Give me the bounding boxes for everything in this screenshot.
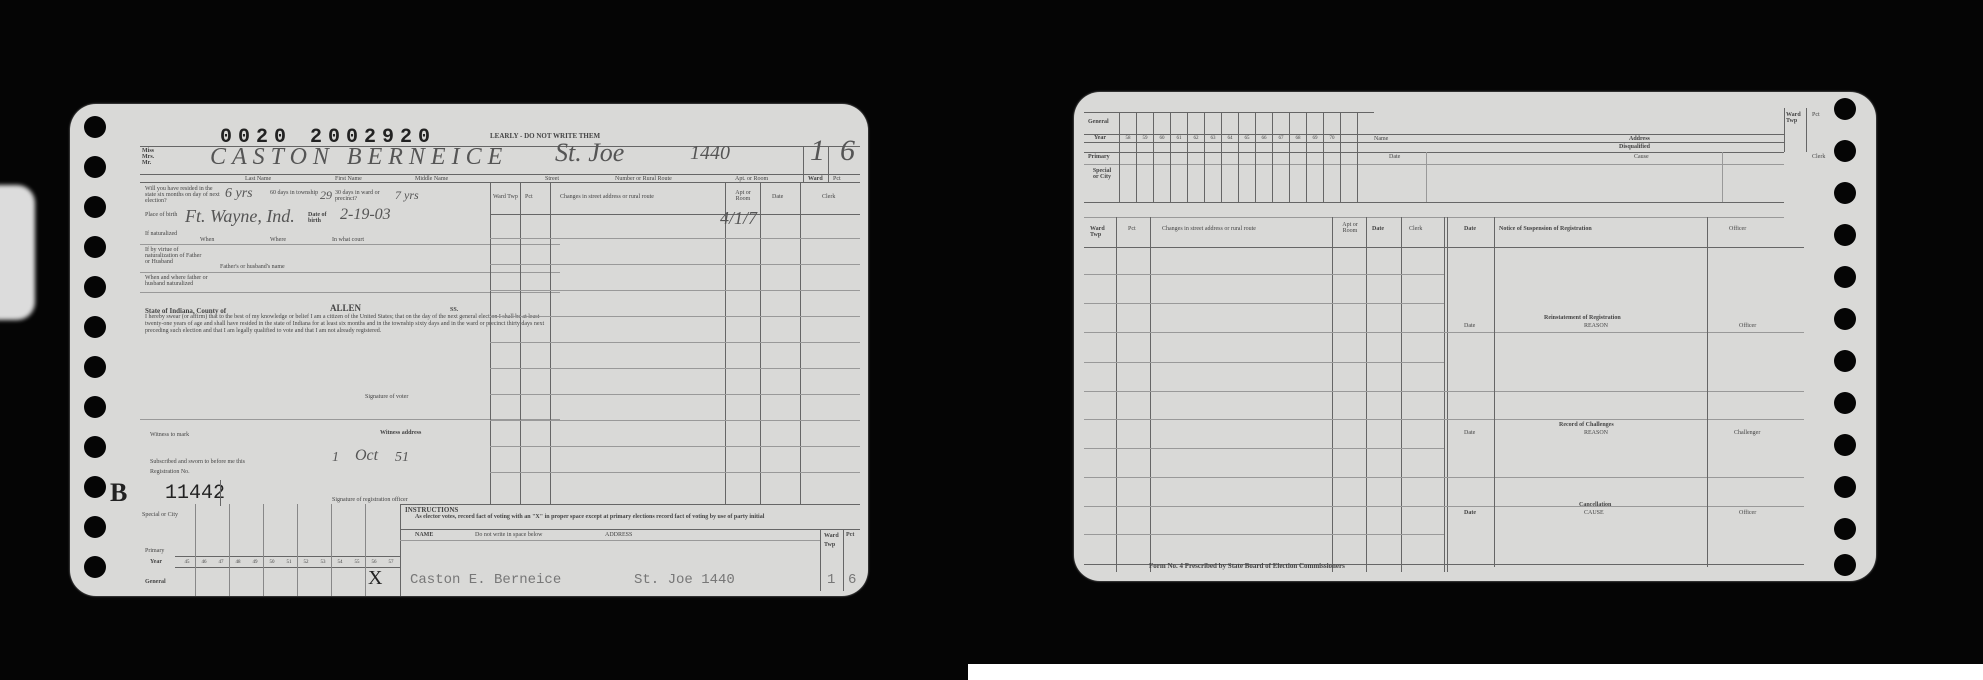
label-father-when-where: When and where father or husband natural…	[145, 275, 215, 287]
punch-hole	[1834, 140, 1856, 162]
general-vote-mark: X	[368, 567, 382, 590]
subscribed-month: Oct	[355, 447, 378, 465]
punch-hole	[1834, 476, 1856, 498]
col-clerk: Clerk	[1409, 226, 1422, 232]
label-witness-mark: Witness to mark	[150, 432, 189, 438]
punch-hole	[84, 396, 106, 418]
street-handwritten: St. Joe	[555, 138, 624, 168]
label-clerk: Clerk	[1812, 154, 1825, 160]
suspension-col-officer: Officer	[1729, 226, 1746, 232]
punch-hole	[84, 356, 106, 378]
year-cell: 64	[1222, 136, 1238, 141]
voter-registration-card-back: General Year Primary Special or City 58 …	[1074, 92, 1876, 581]
cancellation-col-cause: CAUSE	[1584, 510, 1604, 516]
challenges-col-date: Date	[1464, 430, 1475, 436]
reinstatement-col-reason: REASON	[1584, 323, 1608, 329]
place-of-birth-value: Ft. Wayne, Ind.	[185, 206, 295, 227]
label-witness-address: Witness address	[380, 430, 421, 436]
row-special-city: Special or City	[142, 512, 172, 518]
township-answer: 29	[320, 188, 332, 203]
date-of-birth-value: 2-19-03	[340, 206, 391, 224]
label-signature-officer: Signature of registration officer	[332, 497, 408, 503]
suspension-col-date: Date	[1464, 226, 1476, 232]
label-address: Address	[1629, 136, 1650, 142]
col-changes: Changes in street address or rural route	[1162, 226, 1256, 232]
label-registration-no: Registration No.	[150, 469, 190, 475]
reinstatement-col-officer: Officer	[1739, 323, 1756, 329]
challenges-col-challenger: Challenger	[1734, 430, 1760, 436]
punch-hole	[1834, 308, 1856, 330]
form-footer: Form No. 4 Prescribed by State Board of …	[1149, 562, 1345, 570]
footer-label-do-not-write: Do not write in space below	[475, 532, 542, 538]
year-cell: 63	[1205, 136, 1221, 141]
col-date: Date	[772, 194, 783, 200]
punch-hole	[84, 116, 106, 138]
year-cell: 69	[1307, 136, 1323, 141]
year-cell: 62	[1188, 136, 1204, 141]
suspension-title: Notice of Suspension of Registration	[1499, 226, 1592, 232]
punch-hole	[84, 556, 106, 578]
pct-handwritten: 6	[840, 134, 855, 168]
row-general: General	[145, 579, 166, 585]
ward-handwritten: 1	[810, 134, 825, 168]
typed-address: St. Joe 1440	[634, 572, 735, 588]
punch-hole	[84, 196, 106, 218]
typed-name: Caston E. Berneice	[410, 572, 561, 588]
punch-hole	[84, 476, 106, 498]
punch-hole	[1834, 350, 1856, 372]
adjacent-card-edge	[0, 185, 35, 320]
subscribed-day: 1	[332, 450, 339, 466]
reinstatement-col-date: Date	[1464, 323, 1475, 329]
punch-hole	[84, 436, 106, 458]
label-cause: Cause	[1634, 154, 1649, 160]
col-ward-twp: Ward Twp	[1090, 226, 1110, 238]
year-cell: 49	[248, 560, 262, 565]
oath-text: I hereby swear (or affirm) that to the b…	[145, 314, 555, 335]
voter-registration-card-front: 0020 2002920 LEARLY - DO NOT WRITE THEM …	[70, 104, 868, 596]
row-year: Year	[150, 559, 162, 565]
punch-hole	[84, 316, 106, 338]
ss-mark: SS.	[450, 307, 458, 313]
county-value: ALLEN	[330, 303, 361, 313]
label-disqualified: Disqualified	[1619, 144, 1650, 150]
typed-ward: 1	[827, 572, 835, 588]
year-cell: 58	[1120, 136, 1136, 141]
year-cell: 70	[1324, 136, 1340, 141]
year-cell: 51	[282, 560, 296, 565]
punch-hole	[1834, 518, 1856, 540]
label-court: In what court	[332, 237, 364, 243]
instructions-title: INSTRUCTIONS	[405, 506, 458, 514]
subscribed-year: 51	[395, 450, 409, 466]
year-cell: 59	[1137, 136, 1153, 141]
challenges-title: Record of Challenges	[1559, 422, 1614, 428]
year-cell: 65	[1239, 136, 1255, 141]
instructions-text: As elector votes, record fact of voting …	[415, 514, 855, 521]
label-ward-twp: Ward Twp	[1786, 112, 1806, 124]
row-primary: Primary	[1088, 154, 1110, 160]
scan-white-strip	[968, 664, 1983, 680]
precinct-answer: 7 yrs	[395, 188, 419, 203]
row-year: Year	[1094, 135, 1106, 141]
punch-hole	[1834, 224, 1856, 246]
year-cell: 48	[231, 560, 245, 565]
label-subscribed: Subscribed and sworn to before me this	[150, 459, 245, 465]
year-cell: 61	[1171, 136, 1187, 141]
cancellation-col-date: Date	[1464, 510, 1476, 516]
voter-name-handwritten: CASTON BERNEICE	[210, 144, 508, 171]
label-name: Name	[1374, 136, 1388, 142]
change-date-1: 4/1/7	[720, 208, 757, 229]
registration-letter: B	[110, 478, 127, 508]
footer-label-pct: Pct	[846, 532, 854, 538]
year-cell: 53	[316, 560, 330, 565]
footer-label-name: NAME	[415, 532, 433, 538]
punch-hole	[84, 236, 106, 258]
year-cell: 50	[265, 560, 279, 565]
typed-pct: 6	[848, 572, 856, 588]
punch-hole	[84, 276, 106, 298]
year-cell: 52	[299, 560, 313, 565]
punch-hole	[1834, 266, 1856, 288]
label-father-naturalization: If by virtue of naturalization of Father…	[145, 247, 205, 265]
year-cell: 46	[197, 560, 211, 565]
col-pct: Pct	[525, 194, 533, 200]
col-date: Date	[1372, 226, 1384, 232]
label-signature-voter: Signature of voter	[365, 394, 408, 400]
label-where: Where	[270, 237, 286, 243]
punch-hole	[84, 156, 106, 178]
footer-label-address: ADDRESS	[605, 532, 632, 538]
township-question: 60 days in township	[270, 190, 320, 196]
row-primary: Primary	[145, 548, 164, 554]
label-naturalized: If naturalized	[145, 231, 177, 237]
year-cell: 54	[333, 560, 347, 565]
title-prefix: MissMrs.Mr.	[142, 148, 154, 166]
year-cell: 45	[180, 560, 194, 565]
year-cell: 68	[1290, 136, 1306, 141]
row-special-city: Special or City	[1090, 168, 1114, 180]
col-ward-twp: Ward Twp	[493, 194, 518, 200]
challenges-col-reason: REASON	[1584, 430, 1608, 436]
year-cell: 47	[214, 560, 228, 565]
year-cell: 55	[350, 560, 364, 565]
number-handwritten: 1440	[690, 142, 730, 165]
punch-hole	[1834, 434, 1856, 456]
col-pct: Pct	[1128, 226, 1136, 232]
punch-hole	[1834, 98, 1856, 120]
label-place-of-birth: Place of birth	[145, 212, 180, 218]
year-cell: 66	[1256, 136, 1272, 141]
residence-question: Will you have resided in the state six m…	[145, 186, 225, 204]
row-general: General	[1088, 119, 1109, 125]
punch-hole	[1834, 554, 1856, 576]
punch-hole	[84, 516, 106, 538]
residence-answer: 6 yrs	[225, 186, 253, 202]
punch-hole	[1834, 392, 1856, 414]
precinct-question: 30 days in ward or precinct?	[335, 190, 390, 202]
label-pct: Pct	[1812, 112, 1820, 118]
cancellation-title: Cancellation	[1579, 502, 1611, 508]
year-cell: 57	[384, 560, 398, 565]
col-changes: Changes in street address or rural route	[560, 194, 654, 200]
label-when: When	[200, 237, 214, 243]
reinstatement-title: Reinstatement of Registration	[1544, 315, 1621, 321]
footer-label-ward: Ward Twp	[824, 532, 842, 550]
col-apt-room: Apt or Room	[1336, 222, 1364, 234]
year-cell: 67	[1273, 136, 1289, 141]
label-date: Date	[1389, 154, 1400, 160]
cancellation-col-officer: Officer	[1739, 510, 1756, 516]
year-cell: 60	[1154, 136, 1170, 141]
punch-hole	[1834, 182, 1856, 204]
label-father-name: Father's or husband's name	[220, 264, 285, 270]
label-date-of-birth: Date of birth	[308, 212, 338, 224]
col-apt-room: Apt or Room	[728, 190, 758, 202]
registration-number: 11442	[165, 482, 225, 505]
col-clerk: Clerk	[822, 194, 835, 200]
year-cell: 56	[367, 560, 381, 565]
